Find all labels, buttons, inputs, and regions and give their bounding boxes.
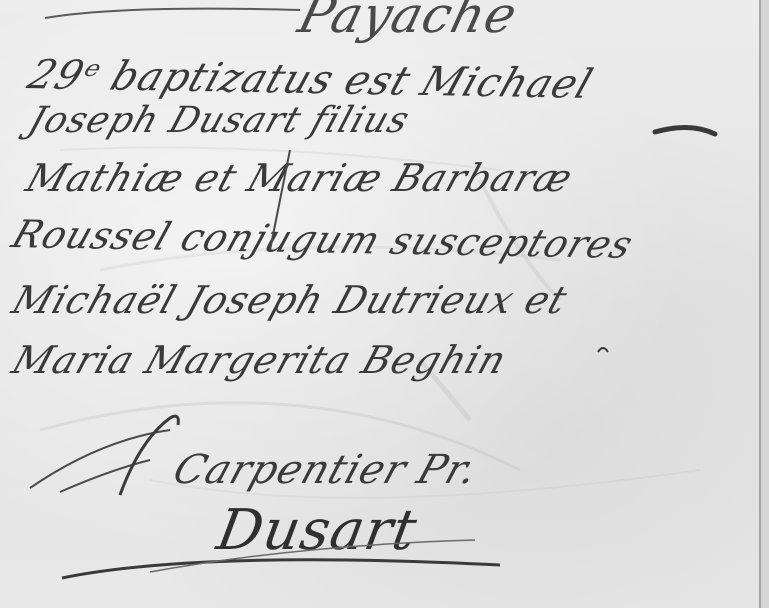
entry-line-2: Joseph Dusart filius [23,100,415,141]
priest-signature: Carpentier Pr. [168,447,484,493]
entry-line-4: Roussel conjugum susceptores [6,212,639,267]
entry-line-6: Maria Margerita Beghin [7,338,513,382]
witness-signature: Dusart [212,498,422,563]
entry-line-3: Mathiæ et Mariæ Barbaræ [21,156,579,200]
manuscript-page: Payache 29ᵉ baptizatus est Michael Josep… [0,0,769,608]
entry-line-5: Michaël Joseph Dutrieux et [7,278,573,322]
parish-header: Payache [293,0,524,44]
adjacent-page-edge [761,0,769,608]
